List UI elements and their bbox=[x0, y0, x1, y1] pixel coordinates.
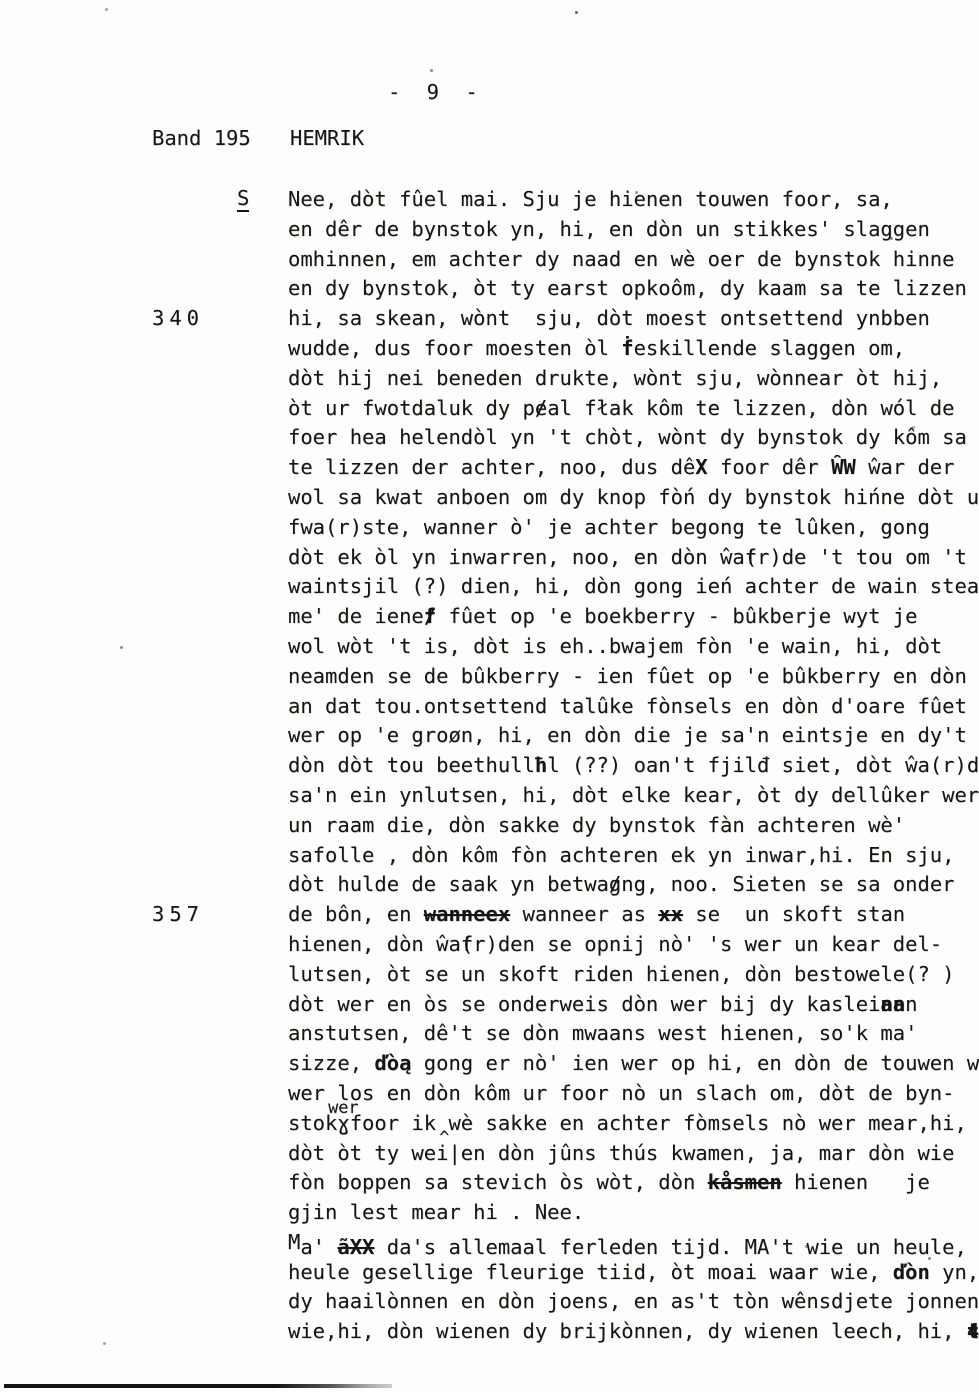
transcript-line: hienen, dòn ŵa(fr)den se opnij nò' 's we… bbox=[288, 930, 979, 960]
text-segment: wudde, dus foor moesten òl bbox=[288, 336, 621, 360]
text-segment: wer op 'e groøn, hi, en dòn die je sa'n … bbox=[288, 723, 967, 747]
text-segment: dòt hulde de saak yn betwa bbox=[288, 872, 609, 896]
overstrike-text: 4t bbox=[967, 1317, 979, 1347]
text-segment: eskillende slaggen om, bbox=[634, 336, 906, 360]
text-segment: fòn boppen sa stevich òs wòt, dòn bbox=[288, 1170, 708, 1194]
margin-line-number: 357 bbox=[152, 900, 204, 930]
text-segment: da's allemaal ferleden tijd. MA't wie un… bbox=[374, 1235, 966, 1259]
text-segment: safolle , dòn kôm fòn achteren ek yn inw… bbox=[288, 843, 954, 867]
text-segment: waintsjil (?) dien, hi, dòn gong ień ach… bbox=[288, 574, 979, 598]
speaker-marker: S bbox=[237, 186, 249, 212]
transcript-line: heule gesellige fleurige tiid, òt moai w… bbox=[288, 1258, 979, 1288]
transcript-line: un raam die, dòn sakke dy bynstok fàn ac… bbox=[288, 811, 979, 841]
text-segment: wie,hi, dòn wienen dy brijkònnen, dy wie… bbox=[288, 1319, 967, 1343]
scan-edge-bar bbox=[4, 1384, 392, 1388]
insertion-above-text: wer bbox=[328, 1093, 358, 1123]
text-segment: dòt wer en òs se onderweis dòn wer bij d… bbox=[288, 992, 880, 1016]
scan-speckles bbox=[575, 11, 578, 14]
text-segment: gjin lest mear hi . Nee. bbox=[288, 1200, 584, 1224]
text-segment: de bôn, en bbox=[288, 902, 424, 926]
text-segment: en dy bynstok, òt ty earst opkoôm, dy ka… bbox=[288, 276, 967, 300]
text-segment: dòt òt ty wei bbox=[288, 1141, 448, 1165]
transcript-line: dòt hij nei beneden drukte, wònt sju, wò… bbox=[288, 364, 979, 394]
transcript-line: òt ur fwotdaluk dy pe/al fłak kôm te liz… bbox=[288, 394, 979, 424]
transcript-line: te lizzen der achter, noo, dus dêX foor … bbox=[288, 453, 979, 483]
transcript-line: waintsjil (?) dien, hi, dòn gong ień ach… bbox=[288, 572, 979, 602]
text-segment: fûet op 'e boekberry - bûkberje wyt je bbox=[436, 604, 917, 628]
text-segment: l (??) oan't fjilđ siet, dòt ŵa(r)de bbox=[547, 753, 979, 777]
transcript-line: dòn dòt tou beethullħl (??) oan't fjilđ … bbox=[288, 751, 979, 781]
overstrike-text: an bbox=[880, 990, 892, 1020]
transcript-line: anstutsen, dê't se dòn mwaans west hiene… bbox=[288, 1019, 979, 1049]
text-segment: r)den se opnij nò' 's wer un kear del- bbox=[473, 932, 942, 956]
transcript-line: dòt wer en òs se onderweis dòn wer bij d… bbox=[288, 990, 979, 1020]
text-segment: M bbox=[288, 1230, 300, 1254]
text-segment: ħ bbox=[535, 753, 547, 777]
transcript-line: an dat tou.ontsettend talûke fònsels en … bbox=[288, 692, 979, 722]
text-segment: dy haailònnen en dòn joens, en as't tòn … bbox=[288, 1289, 979, 1313]
text-segment: yn, bbox=[930, 1260, 979, 1284]
text-segment: ŴW bbox=[831, 455, 856, 479]
text-segment: an dat tou.ontsettend talûke fònsels en … bbox=[288, 694, 967, 718]
text-segment: kåsmen bbox=[708, 1170, 782, 1194]
text-segment: ďòą bbox=[374, 1051, 411, 1075]
text-segment: wol wòt 't is, dòt is eh..bwajem fòn 'e … bbox=[288, 634, 942, 658]
text-segment: me' de iene bbox=[288, 604, 424, 628]
text-segment: te lizzen der achter, noo, dus dê bbox=[288, 455, 695, 479]
inserted-text: ɣwer bbox=[337, 1109, 349, 1139]
transcript-line: hi, sa skean, wònt sju, dòt moest ontset… bbox=[288, 304, 979, 334]
text-segment: n bbox=[905, 992, 917, 1016]
text-segment: dòn dòt tou beethull bbox=[288, 753, 535, 777]
text-segment: wer los en dòn kôm ur foor nò un slach o… bbox=[288, 1081, 954, 1105]
overstrike-text: (f bbox=[461, 930, 473, 960]
inserted-text: |^ bbox=[448, 1139, 460, 1169]
transcript-line: fòn boppen sa stevich òs wòt, dòn kåsmen… bbox=[288, 1168, 979, 1198]
text-segment: en dêr de bynstok yn, hi, en dòn un stik… bbox=[288, 217, 930, 241]
text-segment: anstutsen, dê't se dòn mwaans west hiene… bbox=[288, 1021, 917, 1045]
text-segment: ãXX bbox=[337, 1235, 374, 1259]
overstrike-text: (f bbox=[745, 543, 757, 573]
text-segment: al fłak kôm te lizzen, dòn wól de bbox=[547, 396, 954, 420]
text-segment: ng, noo. Sieten se sa onder bbox=[621, 872, 954, 896]
transcript-line: gjin lest mear hi . Nee. bbox=[288, 1198, 979, 1228]
transcript-line: sa'n ein ynlutsen, hi, dòt elke kear, òt… bbox=[288, 781, 979, 811]
transcript-line: Ma' ãXX da's allemaal ferleden tijd. MA'… bbox=[288, 1228, 979, 1258]
text-segment: en dòn jûns thús kwamen, ja, mar dòn wie bbox=[461, 1141, 955, 1165]
transcript-line: en dêr de bynstok yn, hi, en dòn un stik… bbox=[288, 215, 979, 245]
transcript-line: dòt òt ty wei|^en dòn jûns thús kwamen, … bbox=[288, 1139, 979, 1169]
transcript-line: wudde, dus foor moesten òl ḟeskillende s… bbox=[288, 334, 979, 364]
transcript-line: foer hea helendòl yn 't chòt, wònt dy by… bbox=[288, 423, 979, 453]
text-segment: dòt hij nei beneden drukte, wònt sju, wò… bbox=[288, 366, 942, 390]
overstrike-text: e/ bbox=[535, 394, 547, 424]
text-segment: hi, sa skean, wònt sju, dòt moest ontset… bbox=[288, 306, 930, 330]
text-segment: foor dêr bbox=[708, 455, 831, 479]
text-segment: wanneer as bbox=[510, 902, 658, 926]
transcript-line: wie,hi, dòn wienen dy brijkònnen, dy wie… bbox=[288, 1317, 979, 1347]
text-segment: sa'n ein ynlutsen, hi, dòt elke kear, òt… bbox=[288, 783, 979, 807]
band-label: Band 195 bbox=[152, 124, 251, 154]
text-segment: X bbox=[695, 455, 707, 479]
transcript-line: lutsen, òt se un skoft riden hienen, dòn… bbox=[288, 960, 979, 990]
text-segment: foer hea helendòl yn 't chòt, wònt dy by… bbox=[288, 425, 967, 449]
overstrike-text: f/ bbox=[424, 602, 436, 632]
insertion-above-text: ^ bbox=[439, 1123, 449, 1153]
document-page: - 9 - Band 195 HEMRIK S Nee, dòt fûel ma… bbox=[0, 0, 979, 1392]
overstrike-text: an bbox=[893, 990, 905, 1020]
text-segment: xx bbox=[658, 902, 683, 926]
transcript-line: safolle , dòn kôm fòn achteren ek yn inw… bbox=[288, 841, 979, 871]
text-segment: hienen, dòn ŵa bbox=[288, 932, 461, 956]
text-segment: wanneex bbox=[424, 902, 510, 926]
text-segment: ŵar der bbox=[856, 455, 955, 479]
transcript-line: stokɣwerfoor ik wè sakke en achter fòmse… bbox=[288, 1109, 979, 1139]
text-segment: heule gesellige fleurige tiid, òt moai w… bbox=[288, 1260, 893, 1284]
overstrike-text: g/ bbox=[609, 870, 621, 900]
transcript-line: omhinnen, em achter dy naad en wè oer de… bbox=[288, 245, 979, 275]
text-segment: Nee, dòt fûel mai. Sju je hienen touwen … bbox=[288, 187, 893, 211]
transcript-line: dòt hulde de saak yn betwag/ng, noo. Sie… bbox=[288, 870, 979, 900]
transcript-line: wer op 'e groøn, hi, en dòn die je sa'n … bbox=[288, 721, 979, 751]
text-segment: ďòn bbox=[893, 1260, 930, 1284]
text-segment: òt ur fwotdaluk dy p bbox=[288, 396, 535, 420]
transcript-line: sizze, ďòą gong er nò' ien wer op hi, en… bbox=[288, 1049, 979, 1079]
transcript-line: de bôn, en wanneex wanneer as xx se un s… bbox=[288, 900, 979, 930]
transcript-line: dy haailònnen en dòn joens, en as't tòn … bbox=[288, 1287, 979, 1317]
text-segment: sizze, bbox=[288, 1051, 374, 1075]
text-segment: r)de 't tou om 't bbox=[757, 545, 967, 569]
text-segment: lutsen, òt se un skoft riden hienen, dòn… bbox=[288, 962, 954, 986]
text-segment: ḟ bbox=[621, 336, 633, 360]
transcript-line: neamden se de bûkberry - ien fûet op 'e … bbox=[288, 662, 979, 692]
text-segment: gong er nò' ien wer op hi, en dòn de tou… bbox=[411, 1051, 979, 1075]
location-title: HEMRIK bbox=[290, 124, 364, 154]
transcript-line: en dy bynstok, òt ty earst opkoôm, dy ka… bbox=[288, 274, 979, 304]
page-number: - 9 - bbox=[388, 78, 485, 108]
transcript-line: wol sa kwat anboen om dy knop fòń dy byn… bbox=[288, 483, 979, 513]
transcript-line: wer los en dòn kôm ur foor nò un slach o… bbox=[288, 1079, 979, 1109]
text-segment: neamden se de bûkberry - ien fûet op 'e … bbox=[288, 664, 967, 688]
text-segment: dòt ek òl yn inwarren, noo, en dòn ŵa bbox=[288, 545, 745, 569]
text-segment: se un skoft stan bbox=[683, 902, 905, 926]
text-segment: wol sa kwat anboen om dy knop fòń dy byn… bbox=[288, 485, 979, 509]
transcript-line: me' de ienef/ fûet op 'e boekberry - bûk… bbox=[288, 602, 979, 632]
transcript-line: Nee, dòt fûel mai. Sju je hienen touwen … bbox=[288, 185, 979, 215]
transcript-line: dòt ek òl yn inwarren, noo, en dòn ŵa(fr… bbox=[288, 543, 979, 573]
transcript-line: fwa(r)ste, wanner ò' je achter begong te… bbox=[288, 513, 979, 543]
transcript-line: wol wòt 't is, dòt is eh..bwajem fòn 'e … bbox=[288, 632, 979, 662]
text-segment: fwa(r)ste, wanner ò' je achter begong te… bbox=[288, 515, 930, 539]
text-segment: omhinnen, em achter dy naad en wè oer de… bbox=[288, 247, 954, 271]
text-segment: hienen je bbox=[782, 1170, 930, 1194]
margin-line-number: 340 bbox=[152, 304, 204, 334]
text-segment: un raam die, dòn sakke dy bynstok fàn ac… bbox=[288, 813, 905, 837]
transcript: Nee, dòt fûel mai. Sju je hienen touwen … bbox=[288, 185, 979, 1347]
text-segment: a' bbox=[300, 1235, 337, 1259]
